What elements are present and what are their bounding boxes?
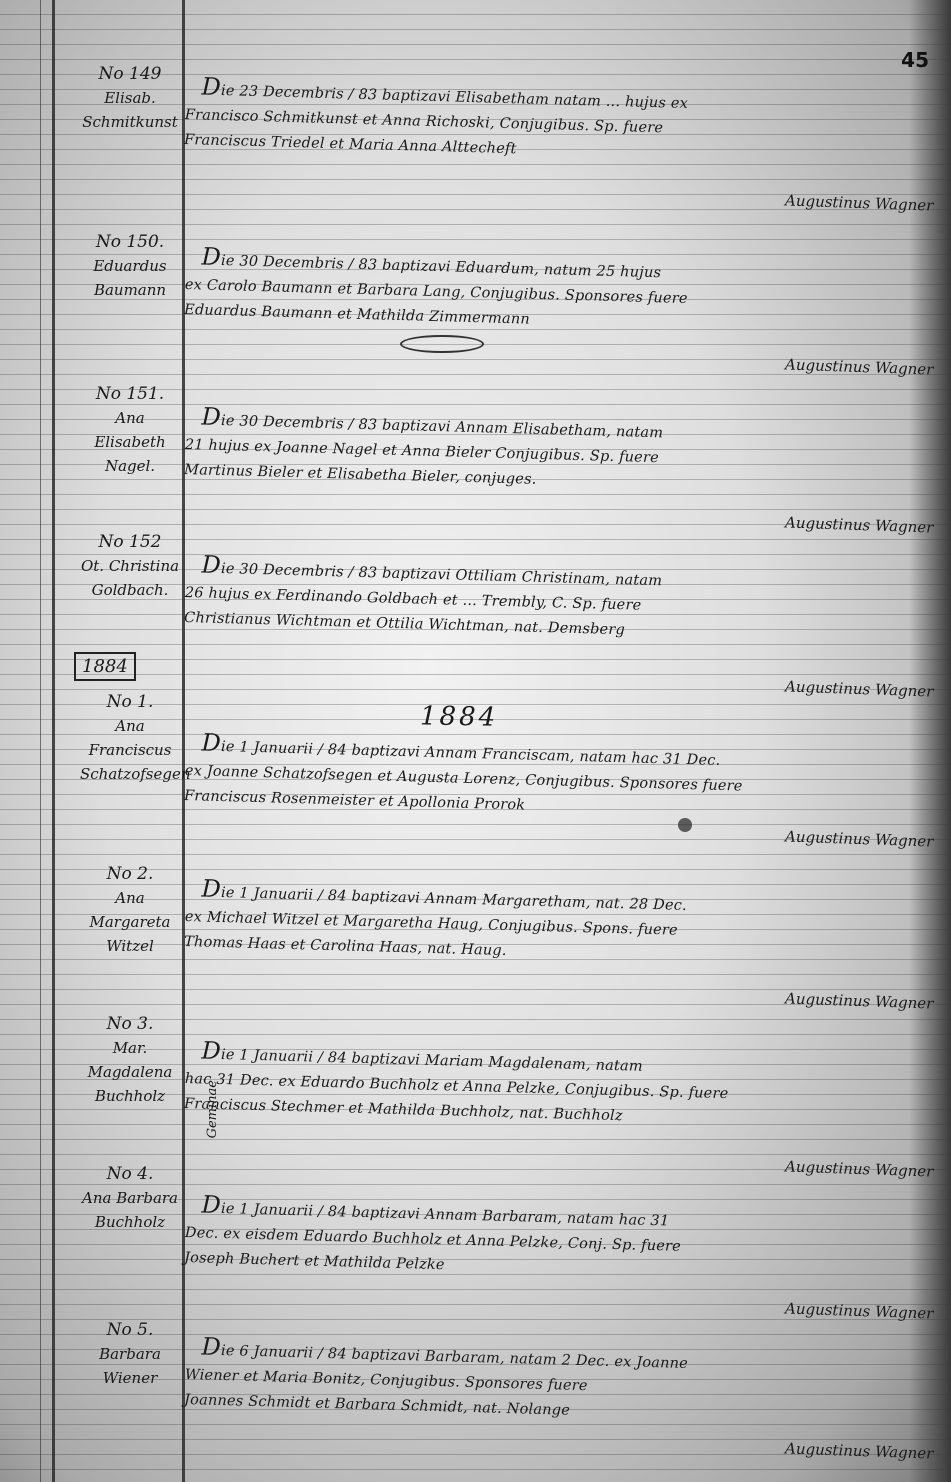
child-surname: Witzel — [80, 934, 180, 958]
entry-text: Die 1 Januarii / 84 baptizavi Mariam Mag… — [184, 1038, 926, 1138]
entry-margin: No 152 Ot. Christina Goldbach. — [80, 530, 180, 602]
entry-text: Die 6 Januarii / 84 baptizavi Barbaram, … — [184, 1334, 926, 1434]
entry-margin: No 150. Eduardus Baumann — [80, 230, 180, 302]
entry-text: Die 23 Decembris / 83 baptizavi Elisabet… — [184, 74, 926, 174]
child-surname: Goldbach. — [80, 578, 180, 602]
priest-signature: Augustinus Wagner — [784, 1157, 933, 1180]
entry-text: Die 30 Decembris / 83 baptizavi Ottiliam… — [184, 552, 926, 652]
child-name: Eduardus — [80, 254, 180, 278]
child-name: Ot. Christina — [80, 554, 180, 578]
child-surname: Buchholz — [80, 1210, 180, 1234]
priest-signature: Augustinus Wagner — [784, 513, 933, 536]
child-name: Ana Elisabeth — [80, 406, 180, 454]
child-name: Ana Franciscus — [80, 714, 180, 762]
child-name: Barbara — [80, 1342, 180, 1366]
page-number: 45 — [901, 48, 929, 72]
ink-blot — [678, 818, 692, 832]
margin-rule-left — [40, 0, 41, 1482]
margin-annotation: Geminae — [205, 1080, 220, 1138]
entry-margin: No 4. Ana Barbara Buchholz — [80, 1162, 180, 1234]
entry-number: No 5. — [80, 1318, 180, 1342]
entry-margin: No 2. Ana Margareta Witzel — [80, 862, 180, 958]
entry-number: No 1. — [80, 690, 180, 714]
entry-text: Die 1 Januarii / 84 baptizavi Annam Barb… — [184, 1192, 926, 1292]
child-name: Elisab. — [80, 86, 180, 110]
child-name: Ana Margareta — [80, 886, 180, 934]
priest-signature: Augustinus Wagner — [784, 989, 933, 1012]
priest-signature: Augustinus Wagner — [784, 1299, 933, 1322]
child-surname: Schatzofsegen — [80, 762, 180, 786]
entry-margin: No 5. Barbara Wiener — [80, 1318, 180, 1390]
entry-text: Die 1 Januarii / 84 baptizavi Annam Marg… — [184, 876, 926, 976]
entry-margin: No 3. Mar. Magdalena Buchholz — [80, 1012, 180, 1108]
entry-margin: No 1. Ana Franciscus Schatzofsegen — [80, 690, 180, 786]
margin-rule-outer — [52, 0, 55, 1482]
year-marker-box: 1884 — [74, 652, 136, 681]
entry-number: No 4. — [80, 1162, 180, 1186]
year-heading: 1884 — [420, 701, 499, 732]
entry-number: No 152 — [80, 530, 180, 554]
entry-text: Die 30 Decembris / 83 baptizavi Annam El… — [184, 404, 926, 504]
entry-text: Die 1 Januarii / 84 baptizavi Annam Fran… — [184, 730, 926, 830]
child-surname: Schmitkunst — [80, 110, 180, 134]
entry-number: No 149 — [80, 62, 180, 86]
register-page: 45 No 149 Elisab. Schmitkunst Die 23 Dec… — [0, 0, 951, 1482]
entry-margin: No 149 Elisab. Schmitkunst — [80, 62, 180, 134]
priest-signature: Augustinus Wagner — [784, 827, 933, 850]
child-surname: Buchholz — [80, 1084, 180, 1108]
child-surname: Nagel. — [80, 454, 180, 478]
child-name: Ana Barbara — [80, 1186, 180, 1210]
child-name: Mar. Magdalena — [80, 1036, 180, 1084]
priest-signature: Augustinus Wagner — [784, 677, 933, 700]
priest-signature: Augustinus Wagner — [784, 1439, 933, 1462]
strikethrough-mark — [400, 335, 484, 353]
entry-number: No 150. — [80, 230, 180, 254]
child-surname: Wiener — [80, 1366, 180, 1390]
entry-number: No 2. — [80, 862, 180, 886]
child-surname: Baumann — [80, 278, 180, 302]
entry-text: Die 30 Decembris / 83 baptizavi Eduardum… — [184, 244, 926, 344]
entry-margin: No 151. Ana Elisabeth Nagel. — [80, 382, 180, 478]
entry-number: No 3. — [80, 1012, 180, 1036]
priest-signature: Augustinus Wagner — [784, 355, 933, 378]
priest-signature: Augustinus Wagner — [784, 191, 933, 214]
entry-number: No 151. — [80, 382, 180, 406]
